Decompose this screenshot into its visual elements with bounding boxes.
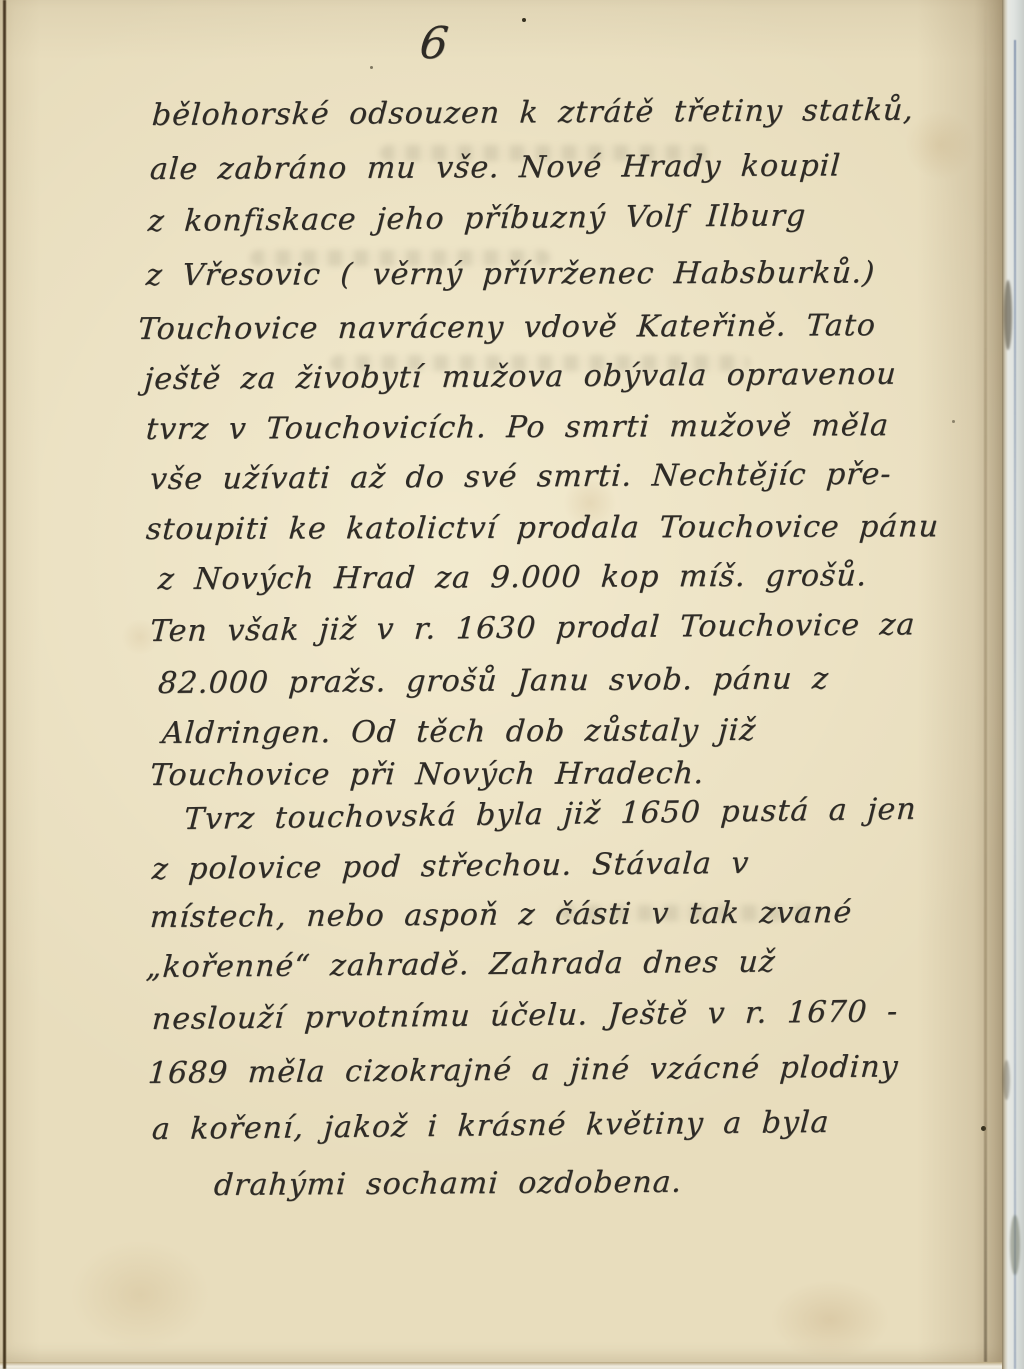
edge-tear — [1003, 1060, 1010, 1100]
handwritten-line-10: z Nových Hrad za 9.000 kop míš. grošů. — [157, 558, 869, 597]
scanned-manuscript-page: 6 bělohorské odsouzen k ztrátě třetiny s… — [0, 0, 1024, 1369]
stain — [770, 1280, 890, 1360]
stain — [70, 1240, 210, 1350]
handwritten-line-15: Tvrz touchovská byla již 1650 pustá a je… — [183, 792, 918, 837]
page-number: 6 — [417, 18, 450, 69]
handwritten-line-14: Touchovice při Nových Hradech. — [149, 756, 706, 793]
page-edge-blue-line — [1014, 40, 1016, 1369]
edge-tear — [1010, 1215, 1020, 1275]
handwritten-line-02: ale zabráno mu vše. Nové Hrady koupil — [149, 148, 842, 187]
bottom-pages-edge — [0, 1362, 1002, 1369]
handwritten-line-13: Aldringen. Od těch dob zůstaly již — [161, 713, 757, 751]
page-fold-crease — [984, 0, 987, 1362]
handwritten-line-06: ještě za živobytí mužova obývala opraven… — [143, 357, 898, 397]
handwritten-line-19: neslouží prvotnímu účelu. Ještě v r. 167… — [151, 994, 899, 1037]
edge-tear — [1004, 280, 1012, 350]
binding-edge-line — [3, 0, 6, 1369]
underlying-pages-edge — [1002, 0, 1024, 1369]
handwritten-line-22: drahými sochami ozdobena. — [213, 1165, 683, 1203]
handwritten-line-12: 82.000 pražs. grošů Janu svob. pánu z — [157, 661, 830, 701]
ink-speck — [370, 66, 373, 69]
handwritten-line-01: bělohorské odsouzen k ztrátě třetiny sta… — [151, 93, 915, 133]
handwritten-line-21: a koření, jakož i krásné květiny a byla — [151, 1105, 830, 1147]
paper-sheet: 6 bělohorské odsouzen k ztrátě třetiny s… — [0, 0, 1002, 1362]
handwritten-line-20: 1689 měla cizokrajné a jiné vzácné plodi… — [147, 1049, 900, 1091]
handwritten-line-16: z polovice pod střechou. Stávala v — [151, 846, 750, 887]
handwritten-line-11: Ten však již v r. 1630 prodal Touchovice… — [149, 607, 916, 649]
handwritten-line-04: z Vřesovic ( věrný přívrženec Habsburků.… — [145, 255, 877, 293]
handwritten-line-03: z konfiskace jeho příbuzný Volf Ilburg — [147, 198, 807, 239]
stain — [905, 110, 975, 180]
handwritten-line-09: stoupiti ke katolictví prodala Touchovic… — [145, 509, 940, 547]
handwritten-line-17: místech, nebo aspoň z části v tak zvané — [149, 895, 853, 935]
ink-speck — [952, 420, 955, 423]
handwritten-line-08: vše užívati až do své smrti. Nechtějíc p… — [149, 457, 893, 497]
ink-speck — [522, 18, 526, 22]
handwritten-line-07: tvrz v Touchovicích. Po smrti mužově měl… — [145, 408, 890, 447]
handwritten-line-18: „kořenné“ zahradě. Zahrada dnes už — [145, 944, 777, 985]
handwritten-line-05: Touchovice navráceny vdově Kateřině. Tat… — [137, 308, 877, 347]
